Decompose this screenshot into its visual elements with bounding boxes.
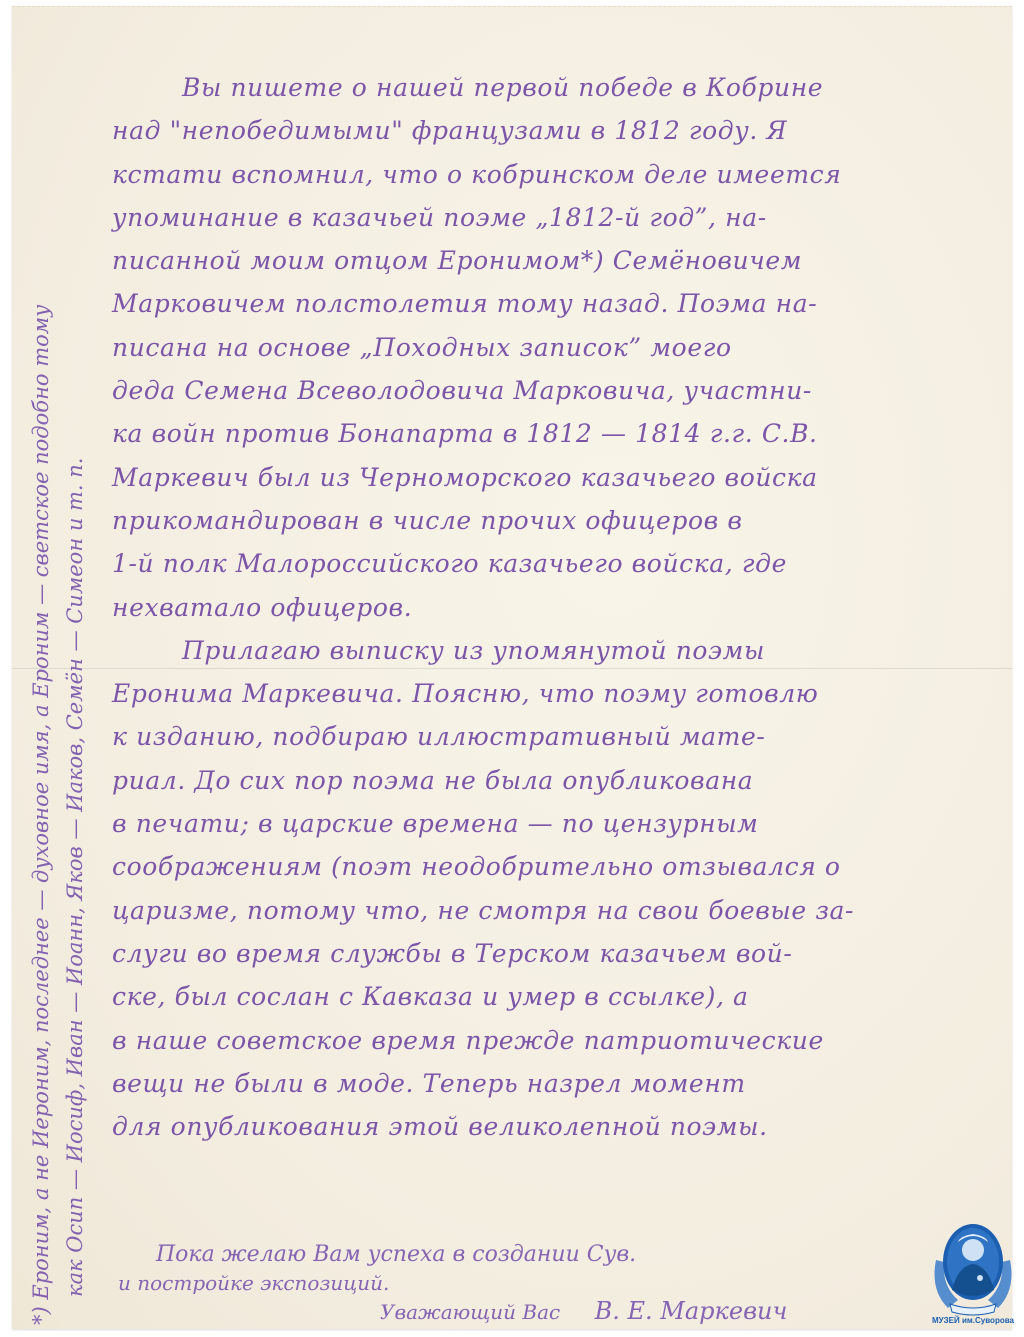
text-line: нехватало офицеров. xyxy=(112,586,1012,629)
signature: В. Е. Маркевич xyxy=(595,1297,788,1325)
text-line: деда Семена Всеволодовича Марковича, уча… xyxy=(112,369,1012,412)
text-line: Прилагаю выписку из упомянутой поэмы xyxy=(112,629,1012,672)
text-line: Вы пишете о нашей первой победе в Кобрин… xyxy=(112,66,1012,109)
text-line: ске, был сослан с Кавказа и умер в ссылк… xyxy=(112,975,1012,1018)
text-line: прикомандирован в числе прочих офицеров … xyxy=(112,499,1012,542)
museum-caption: МУЗЕЙ им.Суворова xyxy=(928,1316,1018,1325)
text-line: в печати; в царские времена — по цензурн… xyxy=(112,802,1012,845)
text-line: Маркевич был из Черноморского казачьего … xyxy=(112,456,1012,499)
closing-wish: Пока желаю Вам успеха в создании Сув. xyxy=(150,1240,930,1270)
text-line: Еронима Маркевича. Поясню, что поэму гот… xyxy=(112,672,1012,715)
text-line: ка войн против Бонапарта в 1812 — 1814 г… xyxy=(112,412,1012,455)
text-line: писана на основе „Походных записок” моег… xyxy=(112,326,1012,369)
text-line: для опубликования этой великолепной поэм… xyxy=(112,1105,1012,1148)
text-line: царизме, потому что, не смотря на свои б… xyxy=(112,889,1012,932)
footnote-line: *) Ероним, а не Иероним, последнее — дух… xyxy=(24,15,58,1325)
text-line: над "непобедимыми" французами в 1812 год… xyxy=(112,109,1012,152)
footnote-line: как Осип — Иосиф, Иван — Иоанн, Яков — И… xyxy=(58,15,92,1325)
text-line: слуги во время службы в Терском казачьем… xyxy=(112,932,1012,975)
text-line: 1-й полк Малороссийского казачьего войск… xyxy=(112,542,1012,585)
text-line: в наше советское время прежде патриотиче… xyxy=(112,1019,1012,1062)
text-line: вещи не были в моде. Теперь назрел момен… xyxy=(112,1062,1012,1105)
letter-body: Вы пишете о нашей первой победе в Кобрин… xyxy=(112,66,1012,1148)
letter-closing: Пока желаю Вам успеха в создании Сув. и … xyxy=(150,1240,930,1326)
margin-footnote: *) Ероним, а не Иероним, последнее — дух… xyxy=(24,15,104,1325)
text-line: к изданию, подбираю иллюстративный мате- xyxy=(112,715,1012,758)
closing-signoff: Уважающий Вас В. Е. Маркевич xyxy=(150,1296,930,1326)
text-line: упоминание в казачьей поэме „1812-й год”… xyxy=(112,196,1012,239)
regards-text: Уважающий Вас xyxy=(380,1300,560,1324)
text-line: соображениям (поэт неодобрительно отзыва… xyxy=(112,845,1012,888)
text-line: риал. До сих пор поэма не была опубликов… xyxy=(112,759,1012,802)
text-line: Марковичем полстолетия тому назад. Поэма… xyxy=(112,282,1012,325)
closing-wish-continued: и постройке экспозиций. xyxy=(118,1270,930,1296)
text-line: писанной моим отцом Еронимом*) Семёнович… xyxy=(112,239,1012,282)
text-line: кстати вспомнил, что о кобринском деле и… xyxy=(112,153,1012,196)
